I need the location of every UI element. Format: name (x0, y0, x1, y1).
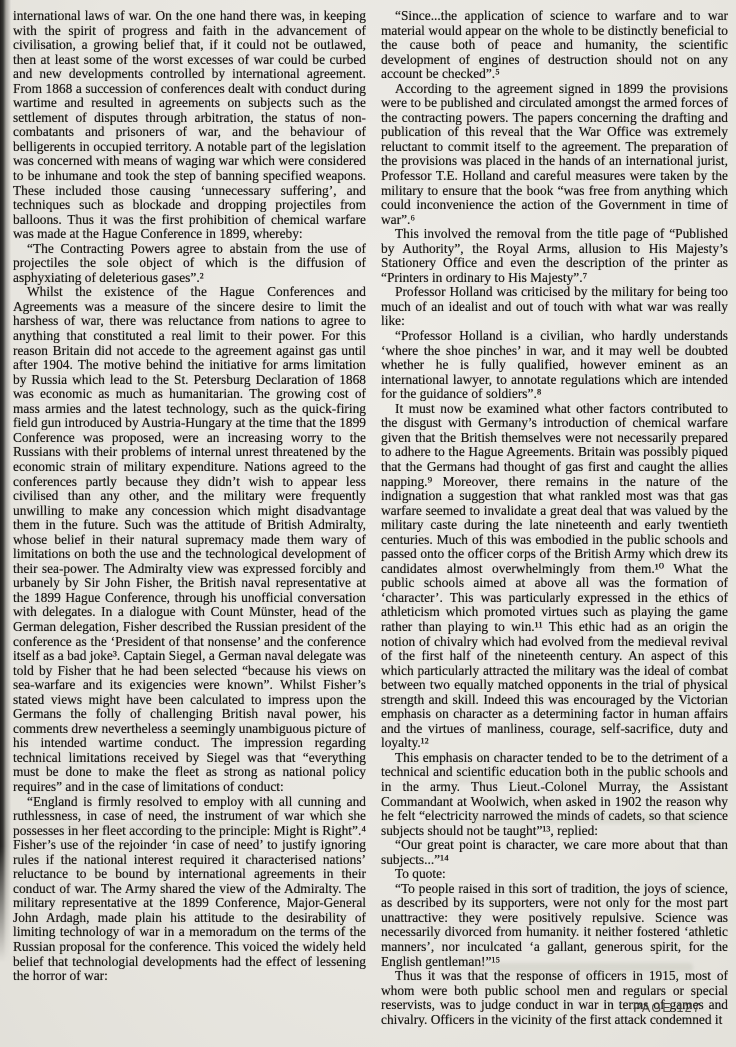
page-body: international laws of war. On the one ha… (13, 9, 728, 1027)
paragraph: “Our great point is character, we care m… (381, 838, 728, 867)
paragraph: “England is firmly resolved to employ wi… (13, 795, 366, 984)
paragraph: international laws of war. On the one ha… (13, 9, 366, 242)
paragraph: According to the agreement signed in 189… (381, 82, 728, 227)
paragraph: “Professor Holland is a civilian, who ha… (381, 329, 728, 402)
paragraph: This involved the removal from the title… (381, 227, 728, 285)
paragraph: Thus it was that the response of officer… (381, 969, 728, 1027)
right-text-column: “Since...the application of science to w… (381, 9, 728, 1027)
page-number-label: PAGE 127 (633, 1001, 701, 1015)
paragraph: “To people raised in this sort of tradit… (381, 882, 728, 969)
paragraph: Professor Holland was criticised by the … (381, 285, 728, 329)
paragraph: “Since...the application of science to w… (381, 9, 728, 82)
left-text-column: international laws of war. On the one ha… (13, 9, 366, 1027)
paragraph: It must now be examined what other facto… (381, 402, 728, 751)
paragraph: Whilst the existence of the Hague Confer… (13, 285, 366, 794)
paragraph: This emphasis on character tended to be … (381, 751, 728, 838)
scan-edge-shadow (0, 0, 11, 962)
scanned-book-page: { "page": { "colors": { "paper": "#e9e7e… (0, 0, 736, 1047)
paragraph: “The Contracting Powers agree to abstain… (13, 242, 366, 286)
paragraph: To quote: (381, 867, 728, 882)
